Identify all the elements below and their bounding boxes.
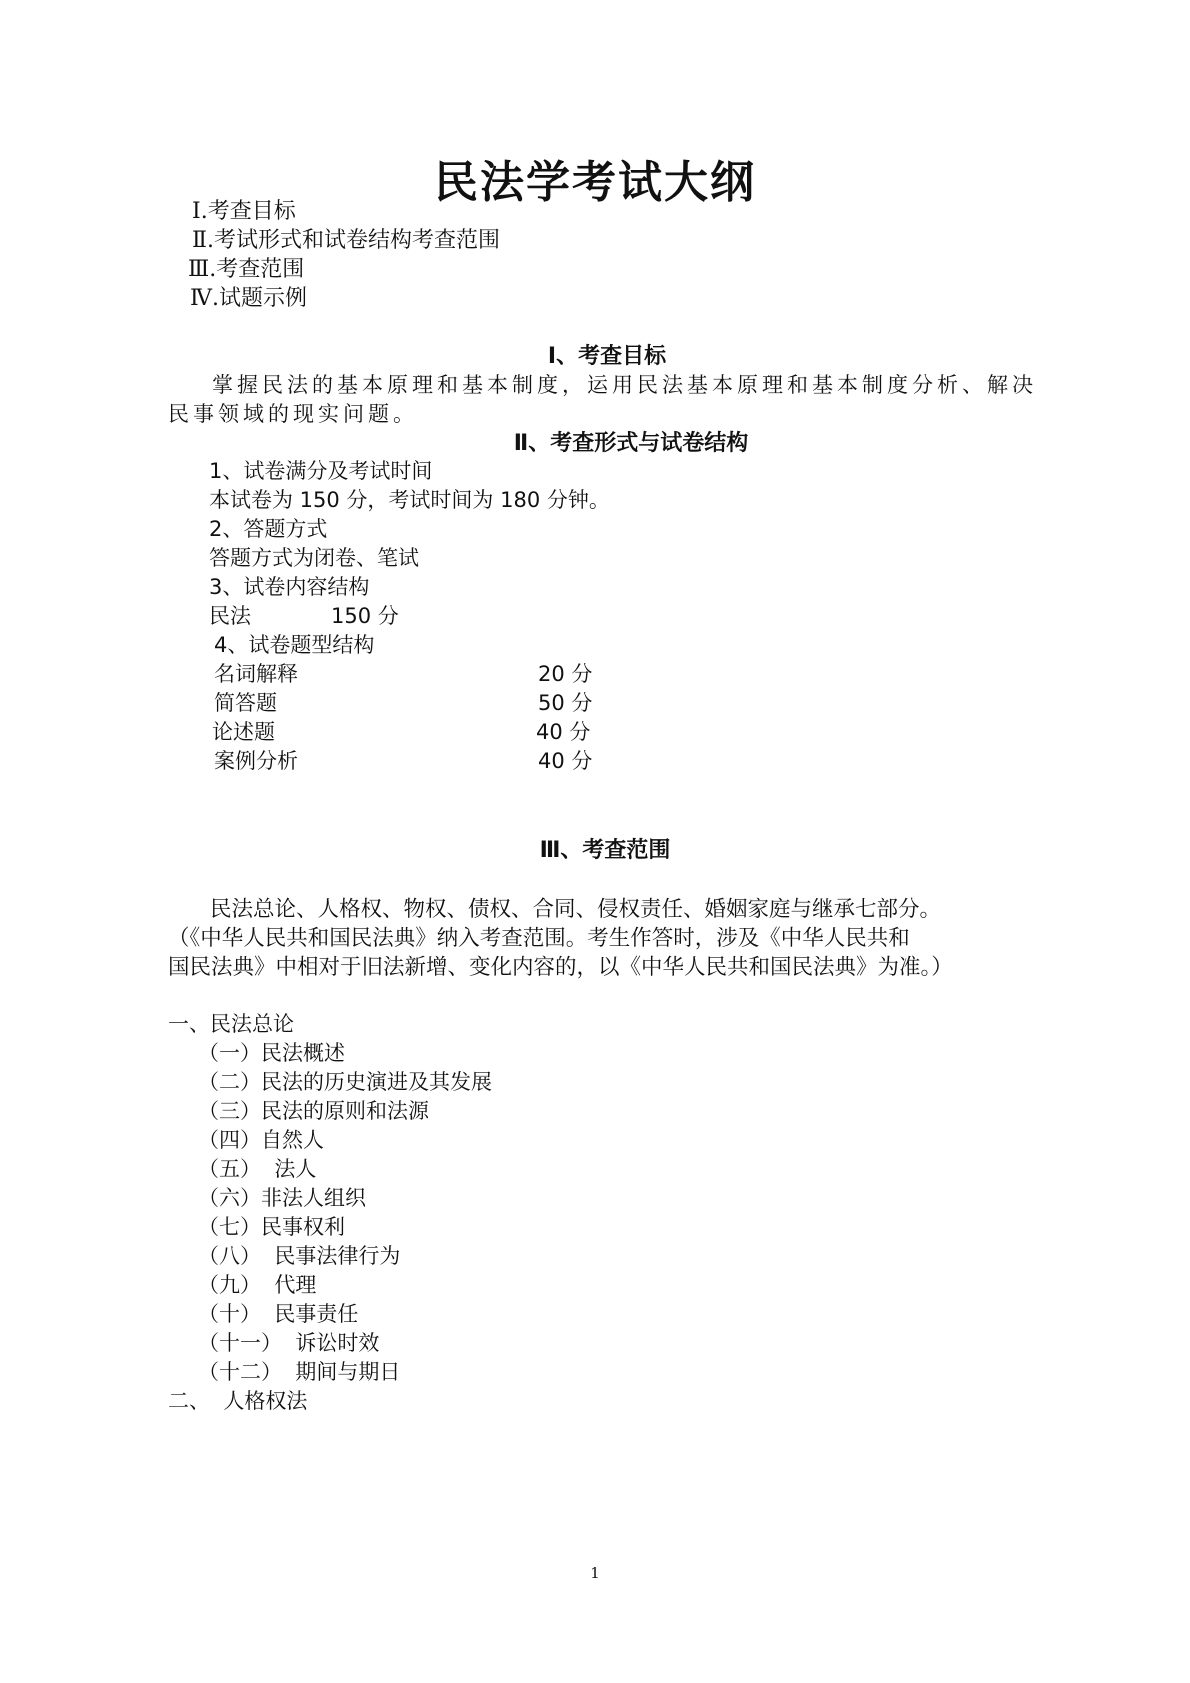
chapter-item: （一）民法概述 xyxy=(198,1037,345,1067)
document-page: 民法学考试大纲 Ⅰ.考查目标 Ⅱ.考试形式和试卷结构考查范围 Ⅲ.考查范围 Ⅳ.… xyxy=(0,0,1190,1683)
section-1-paragraph-line-2: 民事领域的现实问题。 xyxy=(168,398,418,428)
exam-item-4-label: 4、试卷题型结构 xyxy=(214,629,374,659)
exam-item-2-label: 2、答题方式 xyxy=(209,513,327,543)
chapter-item: （九） 代理 xyxy=(198,1269,316,1299)
toc-item-3: Ⅲ.考查范围 xyxy=(188,252,304,283)
exam-item-2-detail: 答题方式为闭卷、笔试 xyxy=(209,542,419,572)
toc-number: Ⅰ. xyxy=(192,199,208,224)
toc-label: 考试形式和试卷结构考查范围 xyxy=(214,228,500,253)
chapter-item: （八） 民事法律行为 xyxy=(198,1240,400,1270)
chapter-item: （五） 法人 xyxy=(198,1153,316,1183)
question-type-score: 40 分 xyxy=(536,716,590,746)
toc-number: Ⅳ. xyxy=(190,286,219,311)
chapter-item: （十一） 诉讼时效 xyxy=(198,1327,379,1357)
question-type-name: 名词解释 xyxy=(214,658,298,688)
section-3-paragraph-line-2: （《中华人民共和国民法典》纳入考查范围。考生作答时，涉及《中华人民共和 xyxy=(168,921,910,952)
chapter-item: （六）非法人组织 xyxy=(198,1182,366,1212)
question-type-name: 案例分析 xyxy=(214,745,298,775)
exam-item-1-detail: 本试卷为 150 分，考试时间为 180 分钟。 xyxy=(209,484,610,514)
section-3-paragraph-line-1: 民法总论、人格权、物权、债权、合同、侵权责任、婚姻家庭与继承七部分。 xyxy=(210,892,941,923)
part-2-label: 二、 人格权法 xyxy=(168,1385,307,1415)
toc-number: Ⅲ. xyxy=(188,257,216,282)
section-2-heading: Ⅱ、考查形式与试卷结构 xyxy=(0,426,1190,457)
section-3-heading: Ⅲ、考查范围 xyxy=(0,833,1190,864)
chapter-item: （十二） 期间与期日 xyxy=(198,1356,400,1386)
section-3-paragraph-line-3: 国民法典》中相对于旧法新增、变化内容的，以《中华人民共和国民法典》为准。） xyxy=(168,950,953,981)
exam-item-3-label: 3、试卷内容结构 xyxy=(209,571,369,601)
page-number: 1 xyxy=(0,1564,1190,1582)
toc-label: 试题示例 xyxy=(219,286,307,311)
part-1-label: 一、民法总论 xyxy=(168,1008,294,1038)
question-type-name: 论述题 xyxy=(212,716,275,746)
exam-item-1-label: 1、试卷满分及考试时间 xyxy=(209,455,432,485)
chapter-item: （四）自然人 xyxy=(198,1124,324,1154)
content-structure-score: 150 分 xyxy=(331,600,399,630)
question-type-score: 40 分 xyxy=(538,745,592,775)
section-1-heading: Ⅰ、考查目标 xyxy=(0,339,1190,370)
chapter-item: （三）民法的原则和法源 xyxy=(198,1095,429,1125)
chapter-item: （十） 民事责任 xyxy=(198,1298,358,1328)
question-type-score: 20 分 xyxy=(538,658,592,688)
toc-number: Ⅱ. xyxy=(192,228,214,253)
question-type-score: 50 分 xyxy=(538,687,592,717)
content-structure-subject: 民法 xyxy=(209,600,251,630)
toc-label: 考查目标 xyxy=(208,199,296,224)
toc-item-4: Ⅳ.试题示例 xyxy=(190,281,307,312)
toc-item-1: Ⅰ.考查目标 xyxy=(192,194,296,225)
chapter-item: （七）民事权利 xyxy=(198,1211,345,1241)
chapter-item: （二）民法的历史演进及其发展 xyxy=(198,1066,492,1096)
document-title: 民法学考试大纲 xyxy=(0,146,1190,210)
question-type-name: 简答题 xyxy=(214,687,277,717)
toc-label: 考查范围 xyxy=(216,257,304,282)
toc-item-2: Ⅱ.考试形式和试卷结构考查范围 xyxy=(192,223,500,254)
section-1-paragraph-line-1: 掌握民法的基本原理和基本制度，运用民法基本原理和基本制度分析、解决 xyxy=(212,369,1037,399)
